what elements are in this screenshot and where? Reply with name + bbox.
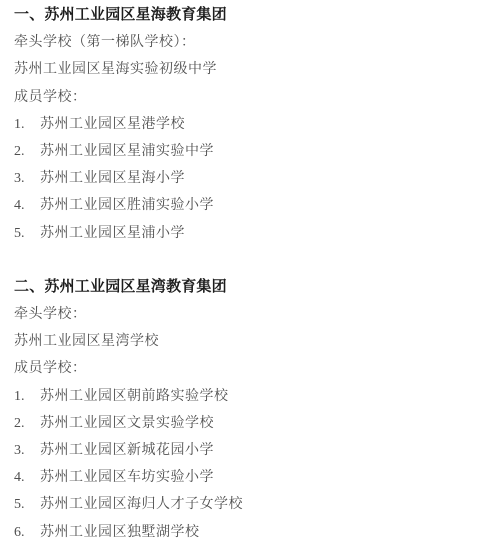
member-item: 2.苏州工业园区星浦实验中学 <box>14 138 490 165</box>
member-name: 苏州工业园区车坊实验小学 <box>40 470 214 485</box>
member-item: 2.苏州工业园区文景实验学校 <box>14 410 490 437</box>
member-number: 1. <box>14 383 40 410</box>
member-item: 5.苏州工业园区星浦小学 <box>14 220 490 247</box>
member-name: 苏州工业园区星浦实验中学 <box>40 144 214 159</box>
lead-school-label: 牵头学校（第一梯队学校）： <box>14 29 490 56</box>
section-xinghai-group: 一、苏州工业园区星海教育集团 牵头学校（第一梯队学校）： 苏州工业园区星海实验初… <box>14 2 490 247</box>
member-item: 4.苏州工业园区车坊实验小学 <box>14 464 490 491</box>
member-item: 3.苏州工业园区新城花园小学 <box>14 437 490 464</box>
member-name: 苏州工业园区星浦小学 <box>40 226 185 241</box>
member-number: 2. <box>14 138 40 165</box>
member-number: 1. <box>14 111 40 138</box>
members-label: 成员学校： <box>14 84 490 111</box>
member-name: 苏州工业园区星海小学 <box>40 171 185 186</box>
member-name: 苏州工业园区海归人才子女学校 <box>40 497 243 512</box>
section-separator <box>14 247 490 274</box>
member-item: 4.苏州工业园区胜浦实验小学 <box>14 192 490 219</box>
member-item: 1.苏州工业园区朝前路实验学校 <box>14 383 490 410</box>
member-name: 苏州工业园区朝前路实验学校 <box>40 389 229 404</box>
member-number: 2. <box>14 410 40 437</box>
member-number: 3. <box>14 437 40 464</box>
lead-school-label: 牵头学校： <box>14 301 490 328</box>
member-item: 6.苏州工业园区独墅湖学校 <box>14 519 490 538</box>
member-name: 苏州工业园区新城花园小学 <box>40 443 214 458</box>
member-number: 4. <box>14 192 40 219</box>
document-page: 一、苏州工业园区星海教育集团 牵头学校（第一梯队学校）： 苏州工业园区星海实验初… <box>0 0 500 538</box>
section-heading: 二、苏州工业园区星湾教育集团 <box>14 274 490 301</box>
member-number: 6. <box>14 519 40 538</box>
lead-school-name: 苏州工业园区星海实验初级中学 <box>14 56 490 83</box>
member-number: 5. <box>14 220 40 247</box>
lead-school-name: 苏州工业园区星湾学校 <box>14 328 490 355</box>
member-item: 3.苏州工业园区星海小学 <box>14 165 490 192</box>
member-number: 3. <box>14 165 40 192</box>
member-name: 苏州工业园区胜浦实验小学 <box>40 198 214 213</box>
section-xingwan-group: 二、苏州工业园区星湾教育集团 牵头学校： 苏州工业园区星湾学校 成员学校： 1.… <box>14 274 490 538</box>
members-label: 成员学校： <box>14 355 490 382</box>
member-name: 苏州工业园区星港学校 <box>40 117 185 132</box>
member-name: 苏州工业园区文景实验学校 <box>40 416 214 431</box>
section-heading: 一、苏州工业园区星海教育集团 <box>14 2 490 29</box>
member-item: 1.苏州工业园区星港学校 <box>14 111 490 138</box>
member-number: 4. <box>14 464 40 491</box>
member-name: 苏州工业园区独墅湖学校 <box>40 525 200 538</box>
member-number: 5. <box>14 491 40 518</box>
member-item: 5.苏州工业园区海归人才子女学校 <box>14 491 490 518</box>
